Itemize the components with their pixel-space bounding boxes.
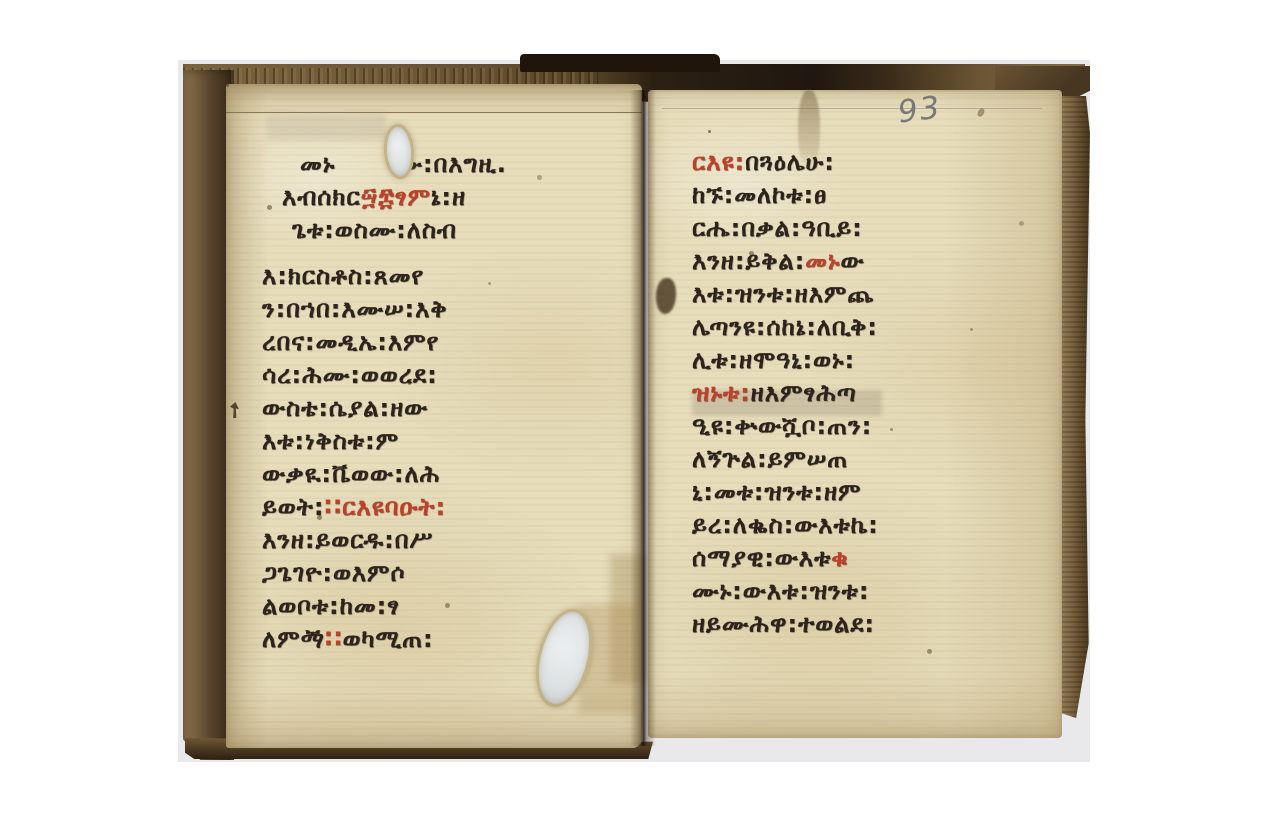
stain-drip	[798, 90, 820, 168]
text-segment: ቁ	[831, 544, 848, 572]
text-segment: ጌቱ:ወስሙ:ለስብ	[292, 216, 457, 244]
folio-number: 93	[896, 89, 944, 130]
text-line: ዘይሙሕዋ:ተወልደ:	[692, 608, 1048, 641]
text-line: እንዘ:ይወርዱ:በሥ	[262, 524, 628, 557]
text-line: ልወቦቱ:ከመ:ፃ	[262, 590, 628, 623]
text-segment: ጋጌገዮ:ወእምሶ	[262, 559, 406, 587]
text-segment: እንዘ:ይወርዱ:በሥ	[262, 526, 433, 554]
text-line: ሰማያዊ:ውእቱቁ	[692, 542, 1048, 575]
text-segment: ርሔ:በቃል:ዓቢይ:	[692, 214, 863, 242]
parchment-hole-bottom	[527, 603, 602, 713]
text-line: ርሔ:በቃል:ዓቢይ:	[692, 212, 1048, 245]
text-segment: ሌጣንዩ:ሰከኔ:ለቢቅ:	[692, 313, 878, 341]
text-line: ጌቱ:ወስሙ:ለስብ	[262, 214, 628, 247]
text-segment: መኑ	[805, 247, 840, 275]
text-line: እንዘ:ይቅል:መኑው	[692, 245, 1048, 278]
text-line: ከኙ:መለኮቱ:ፀ	[692, 179, 1048, 212]
stain-corner	[578, 604, 638, 714]
ink-speck-cluster	[226, 84, 229, 87]
text-segment: ለምፙ	[262, 625, 325, 653]
text-segment: እቱ:ዝንቱ:ዘእምጨ	[692, 280, 874, 308]
text-segment: ው	[841, 247, 865, 275]
margin-mark	[230, 402, 239, 418]
left-page: መኑሙ:በእግዚ.እብሰክር፵፰ፃምኔ:ዘጌቱ:ወስሙ:ለስብእ:ክርስቶስ:ጸ…	[226, 84, 642, 748]
text-line: ይረ:ለቈስ:ውእቱኬ:	[692, 509, 1048, 542]
text-line: ይወት:∷ርእዩባዑት:	[262, 491, 628, 524]
manuscript-photo: መኑሙ:በእግዚ.እብሰክር፵፰ፃምኔ:ዘጌቱ:ወስሙ:ለስብእ:ክርስቶስ:ጸ…	[178, 60, 1090, 762]
text-segment: እብሰክር	[282, 183, 361, 211]
text-segment: ኒ:መቱ:ዝንቱ:ዘም	[692, 478, 861, 506]
text-segment: ለኝጕል:ይምሠጠ	[692, 445, 848, 473]
text-line: ሙኑ:ውእቱ:ዝንቱ:	[692, 575, 1048, 608]
text-segment: ከኙ:መለኮቱ:ፀ	[692, 181, 827, 209]
text-line: እ:ክርስቶስ:ጸመየ	[262, 260, 628, 293]
text-segment: ሙኑ:ውእቱ:ዝንቱ:	[692, 577, 869, 605]
text-segment: እንዘ:ይቅል:	[692, 247, 805, 275]
text-segment: ወካሚጠ:	[343, 625, 434, 653]
text-segment: ∷	[325, 625, 343, 653]
text-segment: ውስቴ:ሴያል:ዘው	[262, 394, 428, 422]
text-segment: ሰማያዊ:ውእቱ	[692, 544, 831, 572]
text-segment: ን:በኀበ:እሙሠ:እቅ	[262, 295, 448, 323]
text-segment: ውቃዪ:ቬወው:ለሕ	[262, 460, 440, 488]
text-line: ረበና:መዲኤ:እምየ	[262, 326, 628, 359]
text-segment: ልወቦቱ:ከመ:ፃ	[262, 592, 400, 620]
text-line: ለኝጕል:ይምሠጠ	[692, 443, 1048, 476]
text-segment: ዝኑቱ:	[692, 379, 751, 407]
text-line: ኒ:መቱ:ዝንቱ:ዘም	[692, 476, 1048, 509]
text-segment: ሙ:በእግዚ.	[395, 150, 507, 178]
ink-fleck	[976, 107, 986, 118]
text-line: ን:በኀበ:እሙሠ:እቅ	[262, 293, 628, 326]
stain-band	[692, 390, 882, 416]
text-line: ዒዩ:ቍውሿቦ:ጠን:	[692, 410, 1048, 443]
text-line: ውቃዪ:ቬወው:ለሕ	[262, 458, 628, 491]
text-segment: ዒዩ:ቍውሿቦ:ጠን:	[692, 412, 872, 440]
text-line: ለምፙ∷ወካሚጠ:	[262, 623, 628, 656]
right-page: 93 ርእዩ:በጓዕሌሁ:ከኙ:መለኮቱ:ፀርሔ:በቃል:ዓቢይ:እንዘ:ይቅል…	[648, 90, 1062, 738]
photo-canvas: መኑሙ:በእግዚ.እብሰክር፵፰ፃምኔ:ዘጌቱ:ወስሙ:ለስብእ:ክርስቶስ:ጸ…	[0, 0, 1273, 823]
text-line: ሌጣንዩ:ሰከኔ:ለቢቅ:	[692, 311, 1048, 344]
left-page-text: መኑሙ:በእግዚ.እብሰክር፵፰ፃምኔ:ዘጌቱ:ወስሙ:ለስብእ:ክርስቶስ:ጸ…	[262, 148, 628, 656]
ink-smudge	[656, 278, 676, 314]
text-segment: ይረ:ለቈስ:ውእቱኬ:	[692, 511, 879, 539]
text-line: እብሰክር፵፰ፃምኔ:ዘ	[262, 181, 628, 214]
text-segment: መኑ	[300, 150, 335, 178]
text-segment: በጓዕሌሁ:	[745, 148, 835, 176]
text-segment: ዘእምፃሕጣ	[751, 379, 857, 407]
text-line: እቱ:ነቅስቱ:ም	[262, 425, 628, 458]
text-segment: ዘይሙሕዋ:ተወልደ:	[692, 610, 875, 638]
gutter-shadow	[630, 90, 656, 746]
binding-strap	[520, 54, 720, 72]
text-segment: ርእዩ:	[692, 148, 745, 176]
text-segment: ረበና:መዲኤ:እምየ	[262, 328, 439, 356]
text-segment: ኔ:ዘ	[431, 183, 466, 211]
text-line: ውስቴ:ሴያል:ዘው	[262, 392, 628, 425]
text-segment: ∷ርእዩባዑት:	[324, 493, 446, 521]
text-segment: እ:ክርስቶስ:ጸመየ	[262, 262, 424, 290]
right-page-text: ርእዩ:በጓዕሌሁ:ከኙ:መለኮቱ:ፀርሔ:በቃል:ዓቢይ:እንዘ:ይቅል:መኑ…	[692, 146, 1048, 641]
parchment-hole-top	[382, 123, 416, 180]
text-line: ሳረ:ሕሙ:ወወረደ:	[262, 359, 628, 392]
text-line: ዝኑቱ:ዘእምፃሕጣ	[692, 377, 1048, 410]
ink-speck-cluster	[708, 130, 711, 133]
text-segment: ሳረ:ሕሙ:ወወረደ:	[262, 361, 438, 389]
text-segment: ፵፰ፃም	[361, 183, 431, 211]
pencil-rule-line	[662, 108, 1042, 109]
text-segment: እቱ:ነቅስቱ:ም	[262, 427, 399, 455]
text-line: መኑሙ:በእግዚ.	[262, 148, 628, 181]
text-line: ርእዩ:በጓዕሌሁ:	[692, 146, 1048, 179]
text-segment: ይወት:	[262, 493, 324, 521]
text-line: ሊቱ:ዘሞዓኒ:ወኑ:	[692, 344, 1048, 377]
text-segment: ሊቱ:ዘሞዓኒ:ወኑ:	[692, 346, 855, 374]
text-line: እቱ:ዝንቱ:ዘእምጨ	[692, 278, 1048, 311]
stain-top-left	[266, 114, 386, 140]
text-line: ጋጌገዮ:ወእምሶ	[262, 557, 628, 590]
left-page-top-edge-band	[226, 84, 642, 113]
